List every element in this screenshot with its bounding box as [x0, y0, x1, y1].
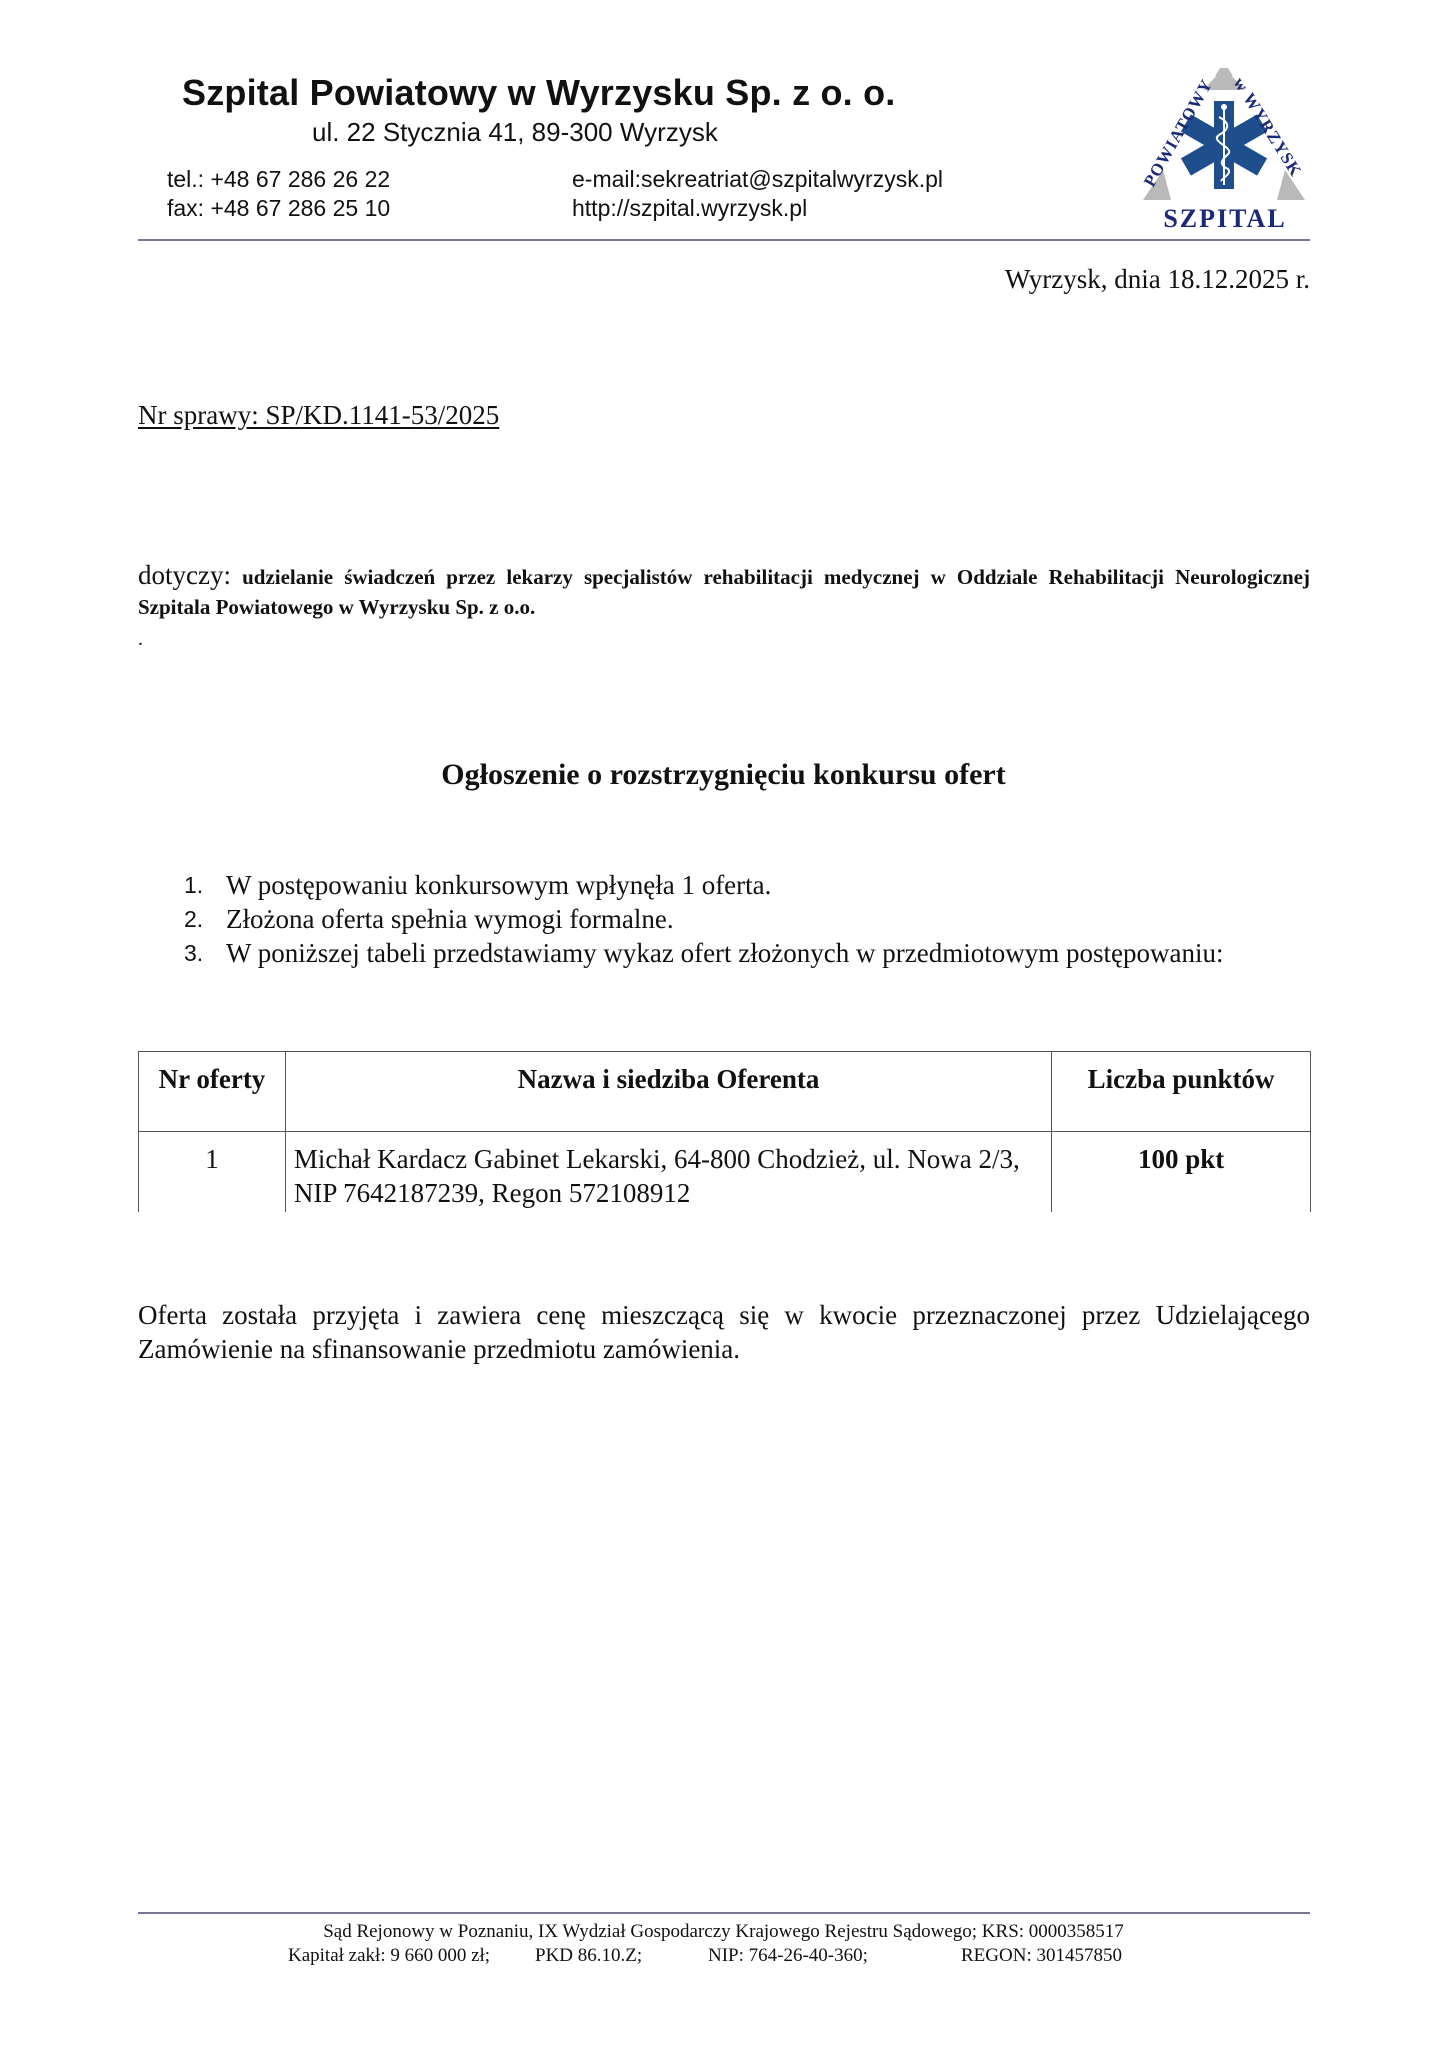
table-row: 1 Michał Kardacz Gabinet Lekarski, 64-80…	[139, 1132, 1311, 1212]
conclusion-paragraph: Oferta została przyjęta i zawiera cenę m…	[138, 1298, 1310, 1366]
list-number: 2.	[184, 902, 203, 936]
subject-trailing-dot: .	[138, 628, 143, 651]
organization-name: Szpital Powiatowy w Wyrzysku Sp. z o. o.	[182, 72, 895, 114]
fax-number: fax: +48 67 286 25 10	[167, 195, 390, 222]
list-number: 1.	[184, 868, 203, 902]
document-date: Wyrzysk, dnia 18.12.2025 r.	[1005, 264, 1310, 295]
list-number: 3.	[184, 936, 203, 970]
website-url: http://szpital.wyrzysk.pl	[572, 195, 807, 222]
offers-table: Nr oferty Nazwa i siedziba Oferenta Licz…	[138, 1051, 1311, 1212]
column-header-bidder: Nazwa i siedziba Oferenta	[285, 1052, 1051, 1132]
table-header-row: Nr oferty Nazwa i siedziba Oferenta Licz…	[139, 1052, 1311, 1132]
email-address: e-mail:sekreatriat@szpitalwyrzysk.pl	[572, 166, 943, 193]
header-divider	[138, 239, 1310, 241]
numbered-list: 1.W postępowaniu konkursowym wpłynęła 1 …	[138, 868, 1338, 970]
column-header-offer-number: Nr oferty	[139, 1052, 286, 1132]
footer-company-ids: Kapitał zakł: 9 660 000 zł;PKD 86.10.Z;N…	[288, 1945, 1122, 1967]
subject-lead: dotyczy:	[138, 560, 231, 590]
organization-address: ul. 22 Stycznia 41, 89-300 Wyrzysk	[312, 117, 718, 148]
footer-divider	[138, 1912, 1310, 1914]
footer-nip: NIP: 764-26-40-360;	[708, 1945, 961, 1967]
list-item: 3.W poniższej tabeli przedstawiamy wykaz…	[138, 936, 1338, 970]
list-item: 2.Złożona oferta spełnia wymogi formalne…	[138, 902, 1338, 936]
cell-bidder: Michał Kardacz Gabinet Lekarski, 64-800 …	[285, 1132, 1051, 1212]
list-item: 1.W postępowaniu konkursowym wpłynęła 1 …	[138, 868, 1338, 902]
footer-regon: REGON: 301457850	[961, 1945, 1122, 1967]
logo-text-szpital: SZPITAL	[1130, 204, 1320, 234]
footer-registry: Sąd Rejonowy w Poznaniu, IX Wydział Gosp…	[0, 1921, 1447, 1943]
cell-offer-number: 1	[139, 1132, 286, 1212]
footer-pkd: PKD 86.10.Z;	[535, 1945, 708, 1967]
subject-text: udzielanie świadczeń przez lekarzy specj…	[138, 565, 1310, 619]
footer-capital: Kapitał zakł: 9 660 000 zł;	[288, 1945, 535, 1967]
document-title: Ogłoszenie o rozstrzygnięciu konkursu of…	[0, 758, 1447, 792]
list-item-text: W poniższej tabeli przedstawiamy wykaz o…	[226, 938, 1223, 968]
subject: dotyczy: udzielanie świadczeń przez leka…	[138, 560, 1310, 622]
case-number: Nr sprawy: SP/KD.1141-53/2025	[138, 400, 499, 431]
cell-points: 100 pkt	[1052, 1132, 1311, 1212]
phone-number: tel.: +48 67 286 26 22	[167, 166, 390, 193]
list-item-text: Złożona oferta spełnia wymogi formalne.	[226, 904, 674, 934]
column-header-points: Liczba punktów	[1052, 1052, 1311, 1132]
list-item-text: W postępowaniu konkursowym wpłynęła 1 of…	[226, 870, 771, 900]
